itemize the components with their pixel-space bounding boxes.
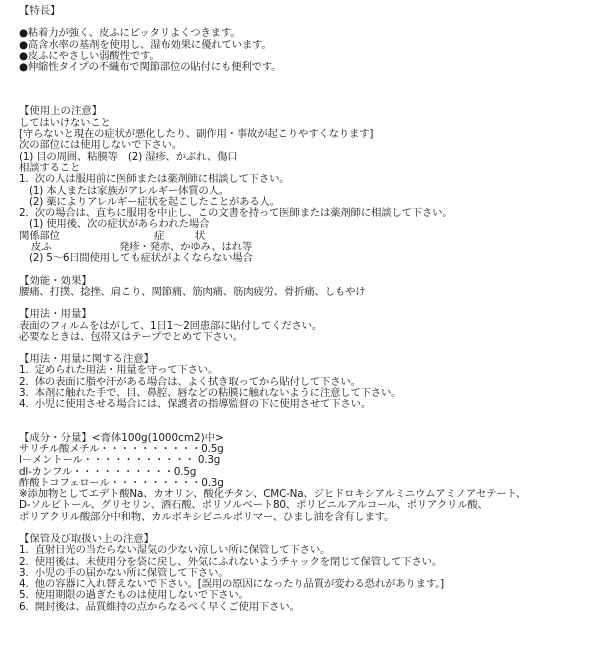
usage-note-item: 4. 小児に使用させる場合には、保護者の指導監督の下に使用させて下さい。 <box>19 399 594 410</box>
storage-item: 6. 開封後は、品質維持の点からなるべく早くご使用下さい。 <box>19 602 594 613</box>
dont-items: (1) 目の周囲、粘膜等 (2) 湿疹、かぶれ、傷口 <box>19 152 594 163</box>
ingredient-item: l－メントール・・・・・・・・・・・ 0.3g <box>19 455 594 466</box>
symptom-table-header: 関係部位 症 状 <box>19 231 594 242</box>
consult-subitem: (2) 5～6日間使用しても症状がよくならない場合 <box>19 253 594 264</box>
additives-line: ポリアクリル酸部分中和物、カルボキシビニルポリマー、ひまし油を含有します。 <box>19 512 594 523</box>
dont-parts: 次の部位には使用しないで下さい。 <box>19 140 594 151</box>
features-heading: 【特長】 <box>19 6 594 17</box>
additives-line: D-ソルビトール、グリセリン、酒石酸、ポリソルベート80、ポリビニルアルコール、… <box>19 500 594 511</box>
feature-item: ●伸縮性タイプの不織布で関節部位の貼付にも便利です。 <box>19 62 594 73</box>
usage-line: 必要なときは、包帯又はテープでとめて下さい。 <box>19 332 594 343</box>
efficacy-text: 腰痛、打撲、捻挫、肩こり、関節痛、筋肉痛、筋肉疲労、骨折痛、しもやけ <box>19 287 594 298</box>
table-cell-part: 皮ふ <box>31 242 51 253</box>
table-cell-symptom: 発疹・発赤、かゆみ、はれ等 <box>119 242 252 253</box>
product-insert-document: 【特長】 ●粘着力が強く、皮ふにピッタリよくつきます。 ●高含水率の基剤を使用し… <box>19 6 594 613</box>
symptom-table-row: 皮ふ 発疹・発赤、かゆみ、はれ等 <box>19 242 594 253</box>
consult-item-1: 1. 次の人は服用前に医師または薬剤師に相談して下さい。 <box>19 174 594 185</box>
storage-item: 1. 直射日光の当たらない湿気の少ない涼しい所に保管して下さい。 <box>19 545 594 556</box>
usage-heading: 【用法・用量】 <box>19 309 594 320</box>
consult-subitem: (1) 使用後、次の症状があらわれた場合 <box>19 219 594 230</box>
feature-item: ●粘着力が強く、皮ふにピッタリよくつきます。 <box>19 28 594 39</box>
